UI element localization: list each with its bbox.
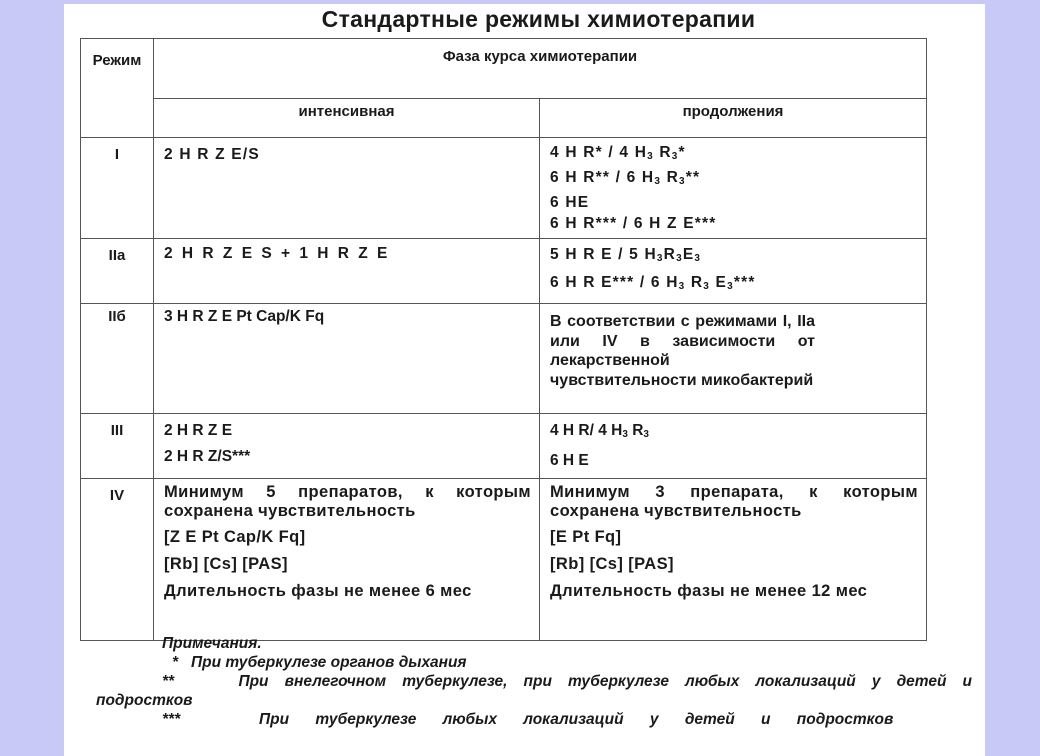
continuation-line: 6 H R** / 6 H3 R3**: [550, 167, 918, 192]
intensive-duration: Длительность фазы не менее 6 мес: [164, 582, 531, 601]
notes-section: Примечания. * При туберкулезе органов ды…: [96, 634, 972, 729]
continuation-duration: Длительность фазы не менее 12 мес: [550, 582, 918, 601]
page-title: Стандартные режимы химиотерапии: [64, 6, 985, 33]
continuation-reserve-drugs: [Rb] [Cs] [PAS]: [550, 555, 918, 574]
continuation-line: 5 H R E / 5 H3R3E3: [550, 243, 918, 271]
continuation-line: 4 H R/ 4 H3 R3: [550, 418, 918, 448]
intensive-line: 2 H R Z/S***: [164, 444, 531, 470]
continuation-line: 6 H E: [550, 448, 918, 474]
table-row: IV Минимум 5 препаратов, к которым сохра…: [81, 479, 927, 641]
intensive-reserve-drugs: [Rb] [Cs] [PAS]: [164, 555, 531, 574]
table-row: III 2 H R Z E 2 H R Z/S*** 4 H R/ 4 H3 R…: [81, 414, 927, 479]
regimen-cell: I: [81, 138, 154, 239]
continuation-cell: В соответствии с режимами I, IIa или IV …: [540, 304, 927, 414]
intensive-cell: 3 H R Z E Pt Cap/K Fq: [154, 304, 540, 414]
regimen-cell: IV: [81, 479, 154, 641]
continuation-line: 6 HE: [550, 192, 918, 213]
regimen-cell: IIa: [81, 239, 154, 304]
regimen-cell: IIб: [81, 304, 154, 414]
table-row: IIa 2 H R Z E S + 1 H R Z E 5 H R E / 5 …: [81, 239, 927, 304]
note-item: ** При внелегочном туберкулезе, при тубе…: [96, 672, 972, 710]
intensive-cell: Минимум 5 препаратов, к которым сохранен…: [154, 479, 540, 641]
continuation-line: 4 H R* / 4 H3 R3*: [550, 142, 918, 167]
note-text: При внелегочном туберкулезе, при туберку…: [96, 673, 972, 709]
intensive-line: 2 H R Z E S + 1 H R Z E: [164, 243, 531, 264]
intensive-line: 2 H R Z E/S: [164, 144, 531, 165]
table-row: I 2 H R Z E/S 4 H R* / 4 H3 R3* 6 H R** …: [81, 138, 927, 239]
intensive-line: 2 H R Z E: [164, 418, 531, 444]
header-regimen: Режим: [81, 39, 154, 138]
note-mark: *: [172, 654, 178, 671]
header-continuation: продолжения: [540, 99, 927, 138]
header-intensive: интенсивная: [154, 99, 540, 138]
note-text: При туберкулезе органов дыхания: [191, 654, 467, 671]
continuation-cell: 5 H R E / 5 H3R3E3 6 H R E*** / 6 H3 R3 …: [540, 239, 927, 304]
header-phase: Фаза курса химиотерапии: [154, 39, 927, 99]
notes-heading: Примечания.: [96, 634, 972, 653]
document-page: Стандартные режимы химиотерапии Режим Фа…: [64, 4, 985, 756]
intensive-drugs: [Z E Pt Cap/K Fq]: [164, 528, 531, 547]
continuation-text: В соответствии с режимами I, IIa или IV …: [550, 312, 815, 390]
intensive-description: Минимум 5 препаратов, к которым сохранен…: [164, 483, 531, 521]
continuation-cell: Минимум 3 препарата, к которым сохранена…: [540, 479, 927, 641]
note-item: * При туберкулезе органов дыхания: [96, 653, 972, 672]
continuation-cell: 4 H R* / 4 H3 R3* 6 H R** / 6 H3 R3** 6 …: [540, 138, 927, 239]
note-mark: **: [162, 673, 174, 690]
note-text: При туберкулезе любых локализаций у дете…: [259, 711, 893, 728]
note-mark: ***: [162, 711, 180, 728]
continuation-line: 6 H R*** / 6 H Z E***: [550, 213, 918, 234]
table-header-row: Режим Фаза курса химиотерапии: [81, 39, 927, 99]
continuation-line: 6 H R E*** / 6 H3 R3 E3***: [550, 271, 918, 299]
regimen-cell: III: [81, 414, 154, 479]
intensive-cell: 2 H R Z E S + 1 H R Z E: [154, 239, 540, 304]
table-subheader-row: интенсивная продолжения: [81, 99, 927, 138]
intensive-cell: 2 H R Z E 2 H R Z/S***: [154, 414, 540, 479]
table-row: IIб 3 H R Z E Pt Cap/K Fq В соответствии…: [81, 304, 927, 414]
continuation-drugs: [E Pt Fq]: [550, 528, 918, 547]
continuation-cell: 4 H R/ 4 H3 R3 6 H E: [540, 414, 927, 479]
intensive-line: 3 H R Z E Pt Cap/K Fq: [164, 306, 531, 327]
chemotherapy-regimens-table: Режим Фаза курса химиотерапии интенсивна…: [80, 38, 927, 641]
intensive-cell: 2 H R Z E/S: [154, 138, 540, 239]
continuation-description: Минимум 3 препарата, к которым сохранена…: [550, 483, 918, 521]
note-item: *** При туберкулезе любых локализаций у …: [96, 710, 972, 729]
